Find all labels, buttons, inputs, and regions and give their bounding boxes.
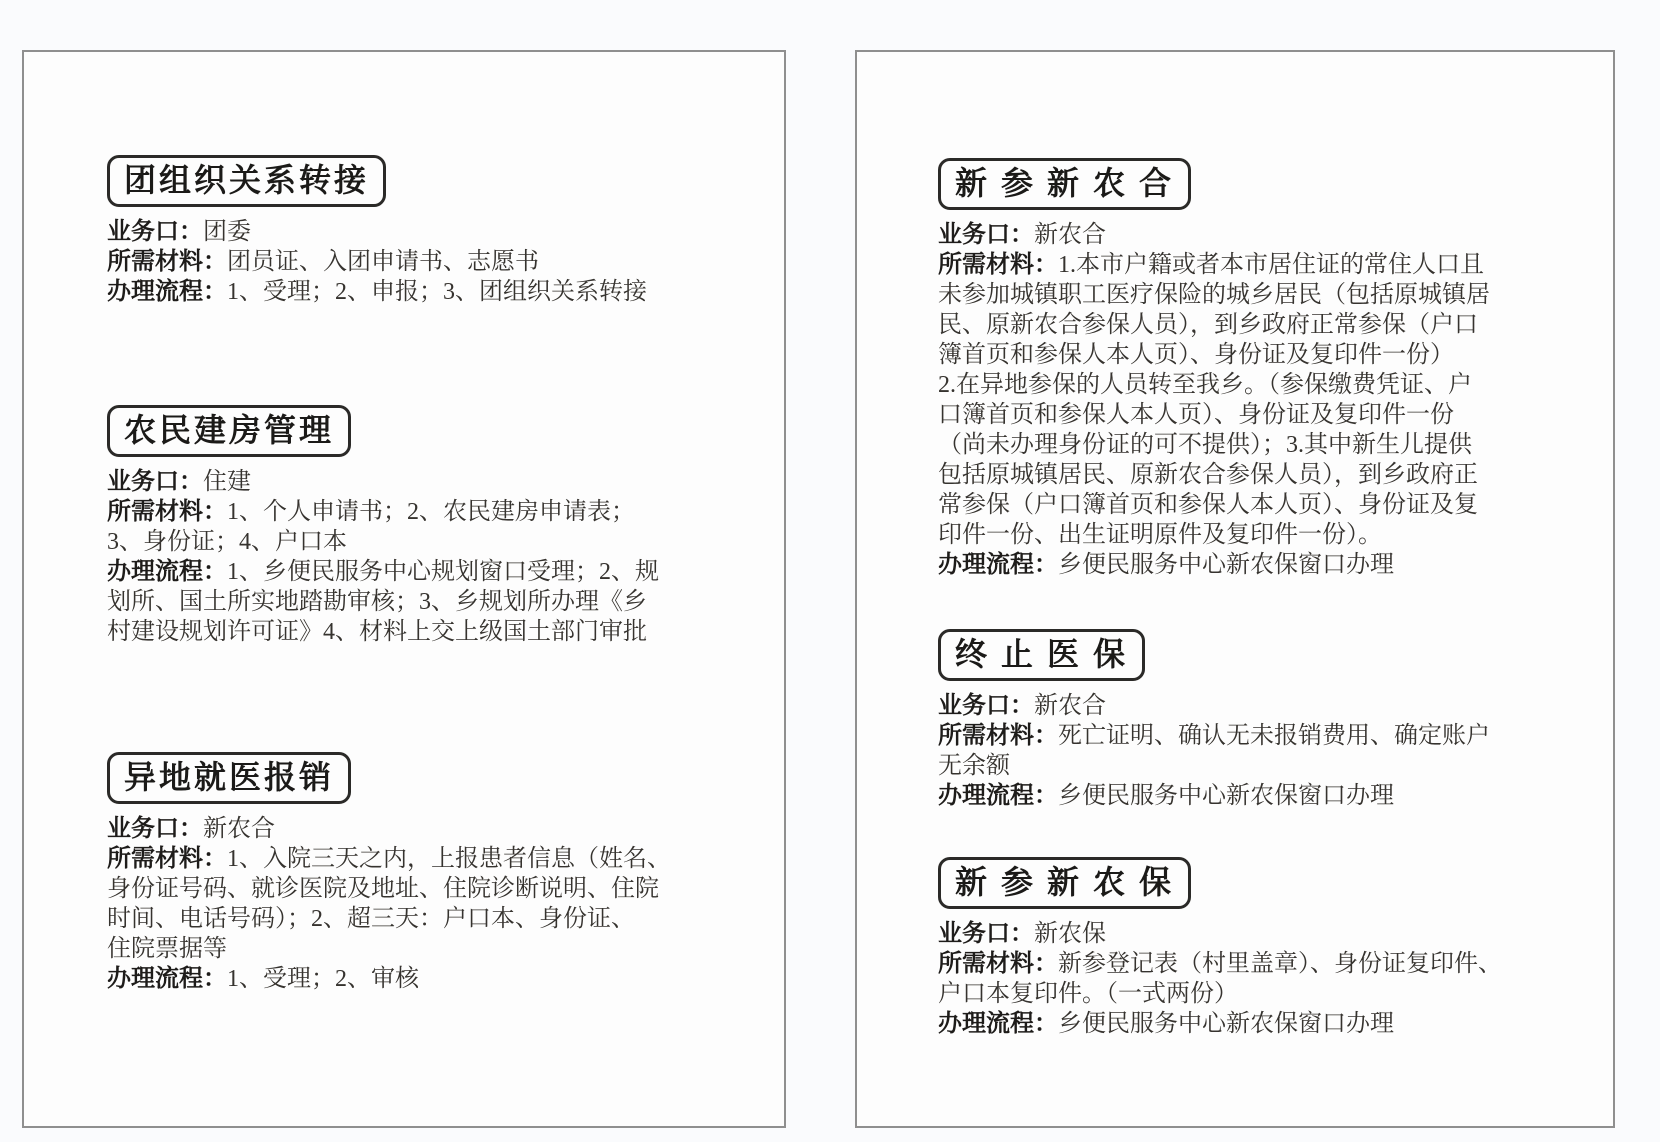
field-text: 新农合 [203, 816, 275, 842]
text-line: 包括原城镇居民、原新农合参保人员），到乡政府正 [938, 460, 1490, 490]
field-label: 办理流程： [107, 966, 227, 992]
section-terminate-medical-insurance: 终 止 医 保 业务口：新农合所需材料：死亡证明、确认无未报销费用、确定账户无余… [938, 629, 1490, 811]
page-left: 团组织关系转接 业务口：团委所需材料：团员证、入团申请书、志愿书办理流程：1、受… [22, 50, 786, 1128]
field-text: 1、入院三天之内，上报患者信息（姓名、 [227, 846, 671, 872]
text-line: 无余额 [938, 751, 1490, 781]
section-body: 业务口：新农合所需材料：1.本市户籍或者本市居住证的常住人口且未参加城镇职工医疗… [938, 220, 1490, 580]
field-label: 业务口： [107, 469, 203, 495]
section-rural-housing: 农民建房管理 业务口：住建所需材料：1、个人申请书；2、农民建房申请表；3、身份… [107, 405, 659, 647]
section-title: 团组织关系转接 [124, 162, 369, 198]
text-line: 簿首页和参保人本人页）、身份证及复印件一份） [938, 340, 1490, 370]
field-label: 所需材料： [938, 252, 1058, 278]
field-label: 业务口： [938, 693, 1034, 719]
field-text: 乡便民服务中心新农保窗口办理 [1058, 783, 1394, 809]
field-text: 团员证、入团申请书、志愿书 [227, 249, 539, 275]
field-text: 口簿首页和参保人本人页）、身份证及复印件一份 [938, 402, 1454, 428]
section-title: 异地就医报销 [124, 759, 334, 795]
field-text: 无余额 [938, 753, 1010, 779]
section-title-box: 终 止 医 保 [938, 629, 1145, 681]
field-label: 办理流程： [938, 783, 1058, 809]
field-text: （尚未办理身份证的可不提供）；3.其中新生儿提供 [938, 432, 1472, 458]
section-title: 终 止 医 保 [955, 636, 1128, 672]
section-title-box: 团组织关系转接 [107, 155, 386, 207]
text-line: 常参保（户口簿首页和参保人本人页）、身份证及复 [938, 490, 1490, 520]
text-line: 2.在异地参保的人员转至我乡。（参保缴费凭证、户 [938, 370, 1490, 400]
section-remote-medical-reimbursement: 异地就医报销 业务口：新农合所需材料：1、入院三天之内，上报患者信息（姓名、身份… [107, 752, 671, 994]
text-line: 所需材料：1.本市户籍或者本市居住证的常住人口且 [938, 250, 1490, 280]
field-label: 所需材料： [107, 249, 227, 275]
field-text: 簿首页和参保人本人页）、身份证及复印件一份） [938, 342, 1454, 368]
section-new-rural-coop-enroll: 新 参 新 农 合 业务口：新农合所需材料：1.本市户籍或者本市居住证的常住人口… [938, 158, 1490, 580]
text-line: 村建设规划许可证》4、材料上交上级国土部门审批 [107, 617, 659, 647]
field-text: 3、身份证；4、户口本 [107, 529, 347, 555]
section-title: 新 参 新 农 合 [955, 165, 1174, 201]
text-line: 所需材料：1、个人申请书；2、农民建房申请表； [107, 497, 659, 527]
field-text: 住院票据等 [107, 936, 227, 962]
field-text: 1.本市户籍或者本市居住证的常住人口且 [1058, 252, 1484, 278]
field-text: 1、个人申请书；2、农民建房申请表； [227, 499, 635, 525]
field-text: 划所、国土所实地踏勘审核；3、乡规划所办理《乡 [107, 589, 647, 615]
document-canvas: 团组织关系转接 业务口：团委所需材料：团员证、入团申请书、志愿书办理流程：1、受… [0, 0, 1660, 1142]
field-text: 死亡证明、确认无未报销费用、确定账户 [1058, 723, 1490, 749]
text-line: 办理流程：乡便民服务中心新农保窗口办理 [938, 1009, 1502, 1039]
field-label: 业务口： [107, 816, 203, 842]
section-body: 业务口：新农合所需材料：1、入院三天之内，上报患者信息（姓名、身份证号码、就诊医… [107, 814, 671, 994]
field-text: 村建设规划许可证》4、材料上交上级国土部门审批 [107, 619, 647, 645]
text-line: 所需材料：新参登记表（村里盖章）、身份证复印件、 [938, 949, 1502, 979]
field-label: 所需材料： [938, 723, 1058, 749]
field-label: 办理流程： [107, 279, 227, 305]
field-text: 1、乡便民服务中心规划窗口受理；2、规 [227, 559, 659, 585]
text-line: 办理流程：1、乡便民服务中心规划窗口受理；2、规 [107, 557, 659, 587]
field-text: 包括原城镇居民、原新农合参保人员），到乡政府正 [938, 462, 1478, 488]
section-body: 业务口：团委所需材料：团员证、入团申请书、志愿书办理流程：1、受理；2、申报；3… [107, 217, 647, 307]
text-line: 印件一份、出生证明原件及复印件一份）。 [938, 520, 1490, 550]
text-line: 业务口：新农合 [107, 814, 671, 844]
text-line: 所需材料：1、入院三天之内，上报患者信息（姓名、 [107, 844, 671, 874]
text-line: 业务口：住建 [107, 467, 659, 497]
field-text: 民、原新农合参保人员），到乡政府正常参保（户口 [938, 312, 1478, 338]
text-line: 办理流程：乡便民服务中心新农保窗口办理 [938, 781, 1490, 811]
text-line: （尚未办理身份证的可不提供）；3.其中新生儿提供 [938, 430, 1490, 460]
page-right: 新 参 新 农 合 业务口：新农合所需材料：1.本市户籍或者本市居住证的常住人口… [855, 50, 1615, 1128]
section-new-rural-pension-enroll: 新 参 新 农 保 业务口：新农保所需材料：新参登记表（村里盖章）、身份证复印件… [938, 857, 1502, 1039]
field-text: 身份证号码、就诊医院及地址、住院诊断说明、住院 [107, 876, 659, 902]
section-title-box: 新 参 新 农 保 [938, 857, 1191, 909]
text-line: 时间、电话号码）；2、超三天：户口本、身份证、 [107, 904, 671, 934]
section-body: 业务口：住建所需材料：1、个人申请书；2、农民建房申请表；3、身份证；4、户口本… [107, 467, 659, 647]
text-line: 户口本复印件。（一式两份） [938, 979, 1502, 1009]
field-text: 2.在异地参保的人员转至我乡。（参保缴费凭证、户 [938, 372, 1472, 398]
text-line: 办理流程：乡便民服务中心新农保窗口办理 [938, 550, 1490, 580]
text-line: 口簿首页和参保人本人页）、身份证及复印件一份 [938, 400, 1490, 430]
text-line: 办理流程：1、受理；2、审核 [107, 964, 671, 994]
field-text: 新农合 [1034, 222, 1106, 248]
field-text: 时间、电话号码）；2、超三天：户口本、身份证、 [107, 906, 635, 932]
section-group-transfer: 团组织关系转接 业务口：团委所需材料：团员证、入团申请书、志愿书办理流程：1、受… [107, 155, 647, 307]
text-line: 业务口：新农合 [938, 691, 1490, 721]
text-line: 业务口：新农保 [938, 919, 1502, 949]
field-label: 所需材料： [107, 499, 227, 525]
section-title-box: 新 参 新 农 合 [938, 158, 1191, 210]
field-text: 未参加城镇职工医疗保险的城乡居民（包括原城镇居 [938, 282, 1490, 308]
field-text: 乡便民服务中心新农保窗口办理 [1058, 1011, 1394, 1037]
field-text: 1、受理；2、审核 [227, 966, 419, 992]
section-title: 新 参 新 农 保 [955, 864, 1174, 900]
field-label: 业务口： [938, 921, 1034, 947]
text-line: 住院票据等 [107, 934, 671, 964]
field-label: 所需材料： [107, 846, 227, 872]
field-text: 住建 [203, 469, 251, 495]
field-label: 业务口： [107, 219, 203, 245]
section-title-box: 农民建房管理 [107, 405, 351, 457]
text-line: 业务口：新农合 [938, 220, 1490, 250]
text-line: 业务口：团委 [107, 217, 647, 247]
field-label: 办理流程： [107, 559, 227, 585]
text-line: 身份证号码、就诊医院及地址、住院诊断说明、住院 [107, 874, 671, 904]
field-label: 业务口： [938, 222, 1034, 248]
section-title: 农民建房管理 [124, 412, 334, 448]
text-line: 所需材料：团员证、入团申请书、志愿书 [107, 247, 647, 277]
field-label: 办理流程： [938, 1011, 1058, 1037]
field-text: 1、受理；2、申报；3、团组织关系转接 [227, 279, 647, 305]
section-body: 业务口：新农合所需材料：死亡证明、确认无未报销费用、确定账户无余额办理流程：乡便… [938, 691, 1490, 811]
field-text: 新农合 [1034, 693, 1106, 719]
text-line: 民、原新农合参保人员），到乡政府正常参保（户口 [938, 310, 1490, 340]
field-text: 乡便民服务中心新农保窗口办理 [1058, 552, 1394, 578]
field-text: 常参保（户口簿首页和参保人本人页）、身份证及复 [938, 492, 1478, 518]
field-text: 团委 [203, 219, 251, 245]
text-line: 划所、国土所实地踏勘审核；3、乡规划所办理《乡 [107, 587, 659, 617]
section-body: 业务口：新农保所需材料：新参登记表（村里盖章）、身份证复印件、户口本复印件。（一… [938, 919, 1502, 1039]
field-text: 印件一份、出生证明原件及复印件一份）。 [938, 522, 1382, 548]
field-text: 新农保 [1034, 921, 1106, 947]
text-line: 未参加城镇职工医疗保险的城乡居民（包括原城镇居 [938, 280, 1490, 310]
text-line: 3、身份证；4、户口本 [107, 527, 659, 557]
field-label: 办理流程： [938, 552, 1058, 578]
section-title-box: 异地就医报销 [107, 752, 351, 804]
text-line: 办理流程：1、受理；2、申报；3、团组织关系转接 [107, 277, 647, 307]
text-line: 所需材料：死亡证明、确认无未报销费用、确定账户 [938, 721, 1490, 751]
field-text: 户口本复印件。（一式两份） [938, 981, 1238, 1007]
field-text: 新参登记表（村里盖章）、身份证复印件、 [1058, 951, 1502, 977]
field-label: 所需材料： [938, 951, 1058, 977]
